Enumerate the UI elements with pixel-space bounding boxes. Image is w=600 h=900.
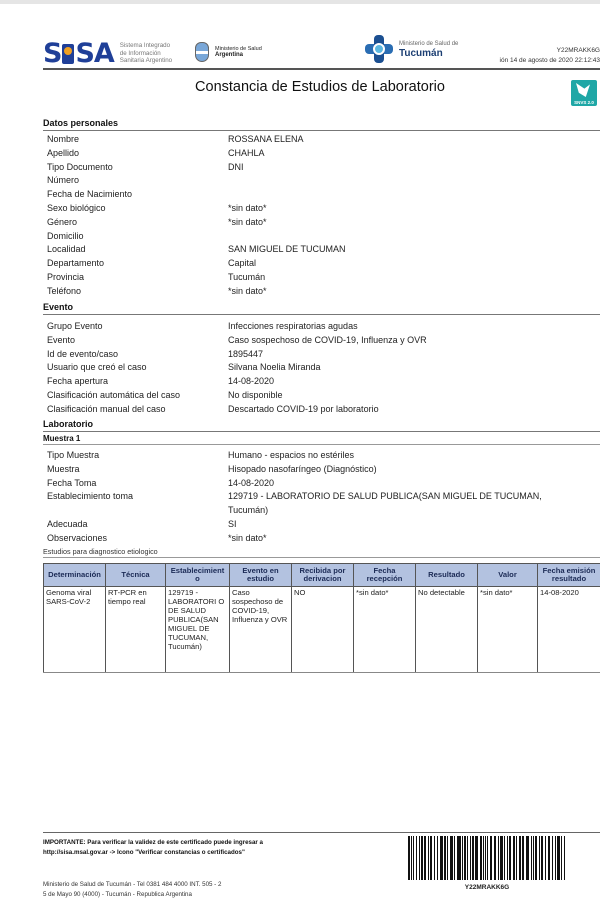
field-row: NombreROSSANA ELENA [47, 133, 600, 147]
event-data-list: Grupo EventoInfecciones respiratorias ag… [47, 320, 600, 417]
sisa-dot-icon [62, 44, 74, 64]
field-row: Fecha Toma14-08-2020 [47, 477, 600, 491]
sample-heading: Muestra 1 [43, 434, 600, 445]
table-row: Genoma viral SARS-CoV-2RT-PCR en tiempo … [44, 587, 600, 673]
field-label: Id de evento/caso [47, 348, 228, 362]
contact-line: Ministerio de Salud de Tucumán - Tel 038… [43, 880, 221, 890]
table-cell: *sin dato* [478, 587, 538, 673]
ministry-national-line: Argentina [215, 52, 243, 58]
field-row: Número [47, 174, 600, 188]
sample-data-list: Tipo MuestraHumano - espacios no estéril… [47, 449, 600, 546]
sisa-subtitle-line: Sanitaria Argentino [120, 57, 172, 65]
column-header: Establecimient o [166, 564, 230, 587]
table-cell: Caso sospechoso de COVID-19, Influenza y… [230, 587, 292, 673]
column-header: Resultado [416, 564, 478, 587]
field-row: DepartamentoCapital [47, 257, 600, 271]
sisa-logo-mark: SSA [43, 40, 114, 67]
table-cell: 14-08-2020 [538, 587, 600, 673]
field-label: Teléfono [47, 285, 228, 299]
field-row: AdecuadaSI [47, 518, 600, 532]
field-row: Género*sin dato* [47, 216, 600, 230]
snvs-badge: SNVS 2.0 [571, 80, 597, 106]
field-label: Localidad [47, 243, 228, 257]
field-row: Tipo MuestraHumano - espacios no estéril… [47, 449, 600, 463]
column-header: Técnica [106, 564, 166, 587]
field-value: Capital [228, 257, 600, 271]
field-row: ApellidoCHAHLA [47, 147, 600, 161]
field-value: 14-08-2020 [228, 477, 600, 491]
lab-results-table: DeterminaciónTécnicaEstablecimient oEven… [43, 563, 600, 673]
field-row: Usuario que creó el casoSilvana Noelia M… [47, 361, 600, 375]
ministry-tucuman-line: Tucumán [399, 49, 458, 58]
table-cell: 129719 - LABORATORI O DE SALUD PUBLICA(S… [166, 587, 230, 673]
contact-line: 5 de Mayo 90 (4000) - Tucumán - Republic… [43, 890, 221, 900]
argentina-shield-icon [195, 42, 209, 62]
field-label: Nombre [47, 133, 228, 147]
column-header: Valor [478, 564, 538, 587]
sisa-subtitle: Sistema Integrado de Información Sanitar… [120, 42, 172, 65]
studies-caption: Estudios para diagnostico etiologico [43, 547, 600, 558]
column-header: Determinación [44, 564, 106, 587]
verification-notice: IMPORTANTE: Para verificar la validez de… [43, 838, 263, 857]
field-label: Muestra [47, 463, 228, 477]
field-value [228, 188, 600, 202]
field-value: DNI [228, 161, 600, 175]
field-row: Teléfono*sin dato* [47, 285, 600, 299]
column-header: Fecha emisión resultado [538, 564, 600, 587]
personal-data-list: NombreROSSANA ELENAApellidoCHAHLATipo Do… [47, 133, 600, 299]
field-label: Apellido [47, 147, 228, 161]
field-label: Adecuada [47, 518, 228, 532]
field-row: Clasificación manual del casoDescartado … [47, 403, 600, 417]
field-value: 129719 - LABORATORIO DE SALUD PUBLICA(SA… [228, 490, 600, 518]
field-label: Clasificación automática del caso [47, 389, 228, 403]
field-label: Fecha Toma [47, 477, 228, 491]
field-label: Tipo Muestra [47, 449, 228, 463]
page-title: Constancia de Estudios de Laboratorio [0, 79, 600, 95]
emission-date: ión 14 de agosto de 2020 22:12:43 [500, 57, 600, 64]
verification-url-text[interactable]: http://sisa.msal.gov.ar -> Icono "Verifi… [43, 848, 263, 858]
table-cell: *sin dato* [354, 587, 416, 673]
field-row: LocalidadSAN MIGUEL DE TUCUMAN [47, 243, 600, 257]
contact-info: Ministerio de Salud de Tucumán - Tel 038… [43, 880, 221, 900]
field-value: SI [228, 518, 600, 532]
column-header: Fecha recepción [354, 564, 416, 587]
field-value: No disponible [228, 389, 600, 403]
field-value [228, 174, 600, 188]
snvs-badge-label: SNVS 2.0 [571, 100, 597, 105]
field-value: Humano - espacios no estériles [228, 449, 600, 463]
table-cell: NO [292, 587, 354, 673]
field-label: Fecha de Nacimiento [47, 188, 228, 202]
header-divider [43, 68, 600, 70]
tucuman-cross-icon [365, 35, 393, 63]
field-row: Observaciones*sin dato* [47, 532, 600, 546]
field-label: Sexo biológico [47, 202, 228, 216]
field-label: Departamento [47, 257, 228, 271]
sisa-subtitle-line: de Información [120, 50, 172, 58]
field-value: Tucumán [228, 271, 600, 285]
field-row: MuestraHisopado nasofaríngeo (Diagnóstic… [47, 463, 600, 477]
ministerio-salud-tucuman-logo: Ministerio de Salud de Tucumán [365, 35, 458, 63]
column-header: Evento en estudio [230, 564, 292, 587]
field-label: Domicilio [47, 230, 228, 244]
field-row: Sexo biológico*sin dato* [47, 202, 600, 216]
table-cell: Genoma viral SARS-CoV-2 [44, 587, 106, 673]
field-label: Establecimiento toma [47, 490, 228, 518]
field-label: Tipo Documento [47, 161, 228, 175]
field-row: EventoCaso sospechoso de COVID-19, Influ… [47, 334, 600, 348]
sisa-logo: SSA Sistema Integrado de Información San… [43, 40, 172, 67]
field-row: ProvinciaTucumán [47, 271, 600, 285]
field-value: ROSSANA ELENA [228, 133, 600, 147]
document-header: SSA Sistema Integrado de Información San… [43, 40, 600, 70]
field-label: Observaciones [47, 532, 228, 546]
field-row: Grupo EventoInfecciones respiratorias ag… [47, 320, 600, 334]
barcode [408, 836, 566, 880]
table-cell: RT-PCR en tiempo real [106, 587, 166, 673]
field-label: Grupo Evento [47, 320, 228, 334]
viewer-top-band [0, 0, 600, 4]
field-value: 14-08-2020 [228, 375, 600, 389]
section-heading-event: Evento [43, 302, 600, 315]
field-row: Clasificación automática del casoNo disp… [47, 389, 600, 403]
field-row: Domicilio [47, 230, 600, 244]
field-value: Caso sospechoso de COVID-19, Influenza y… [228, 334, 600, 348]
field-value: Hisopado nasofaríngeo (Diagnóstico) [228, 463, 600, 477]
important-text: Para verificar la validez de este certif… [87, 839, 263, 846]
footer-divider [43, 832, 600, 833]
snvs-logo-icon [576, 83, 590, 97]
field-row: Id de evento/caso1895447 [47, 348, 600, 362]
field-label: Número [47, 174, 228, 188]
field-row: Tipo DocumentoDNI [47, 161, 600, 175]
sisa-subtitle-line: Sistema Integrado [120, 42, 172, 50]
field-value: Descartado COVID-19 por laboratorio [228, 403, 600, 417]
field-label: Fecha apertura [47, 375, 228, 389]
ministerio-salud-argentina-logo: Ministerio de Salud Argentina [195, 42, 262, 62]
field-value: Silvana Noelia Miranda [228, 361, 600, 375]
barcode-text: Y22MRAKK6G [408, 884, 566, 891]
section-heading-laboratory: Laboratorio [43, 419, 600, 432]
field-value: SAN MIGUEL DE TUCUMAN [228, 243, 600, 257]
field-value: *sin dato* [228, 532, 600, 546]
field-value: *sin dato* [228, 202, 600, 216]
field-value: *sin dato* [228, 216, 600, 230]
important-label: IMPORTANTE: [43, 839, 86, 846]
field-row: Fecha apertura14-08-2020 [47, 375, 600, 389]
field-value: CHAHLA [228, 147, 600, 161]
field-value: Infecciones respiratorias agudas [228, 320, 600, 334]
table-cell: No detectable [416, 587, 478, 673]
section-heading-personal: Datos personales [43, 118, 600, 131]
field-label: Usuario que creó el caso [47, 361, 228, 375]
field-label: Provincia [47, 271, 228, 285]
column-header: Recibida por derivacion [292, 564, 354, 587]
field-label: Género [47, 216, 228, 230]
field-row: Fecha de Nacimiento [47, 188, 600, 202]
field-row: Establecimiento toma129719 - LABORATORIO… [47, 490, 600, 518]
document-code: Y22MRAKK6G [557, 47, 600, 54]
field-value: 1895447 [228, 348, 600, 362]
field-value: *sin dato* [228, 285, 600, 299]
field-label: Evento [47, 334, 228, 348]
table-header-row: DeterminaciónTécnicaEstablecimient oEven… [44, 564, 600, 587]
field-value [228, 230, 600, 244]
field-label: Clasificación manual del caso [47, 403, 228, 417]
